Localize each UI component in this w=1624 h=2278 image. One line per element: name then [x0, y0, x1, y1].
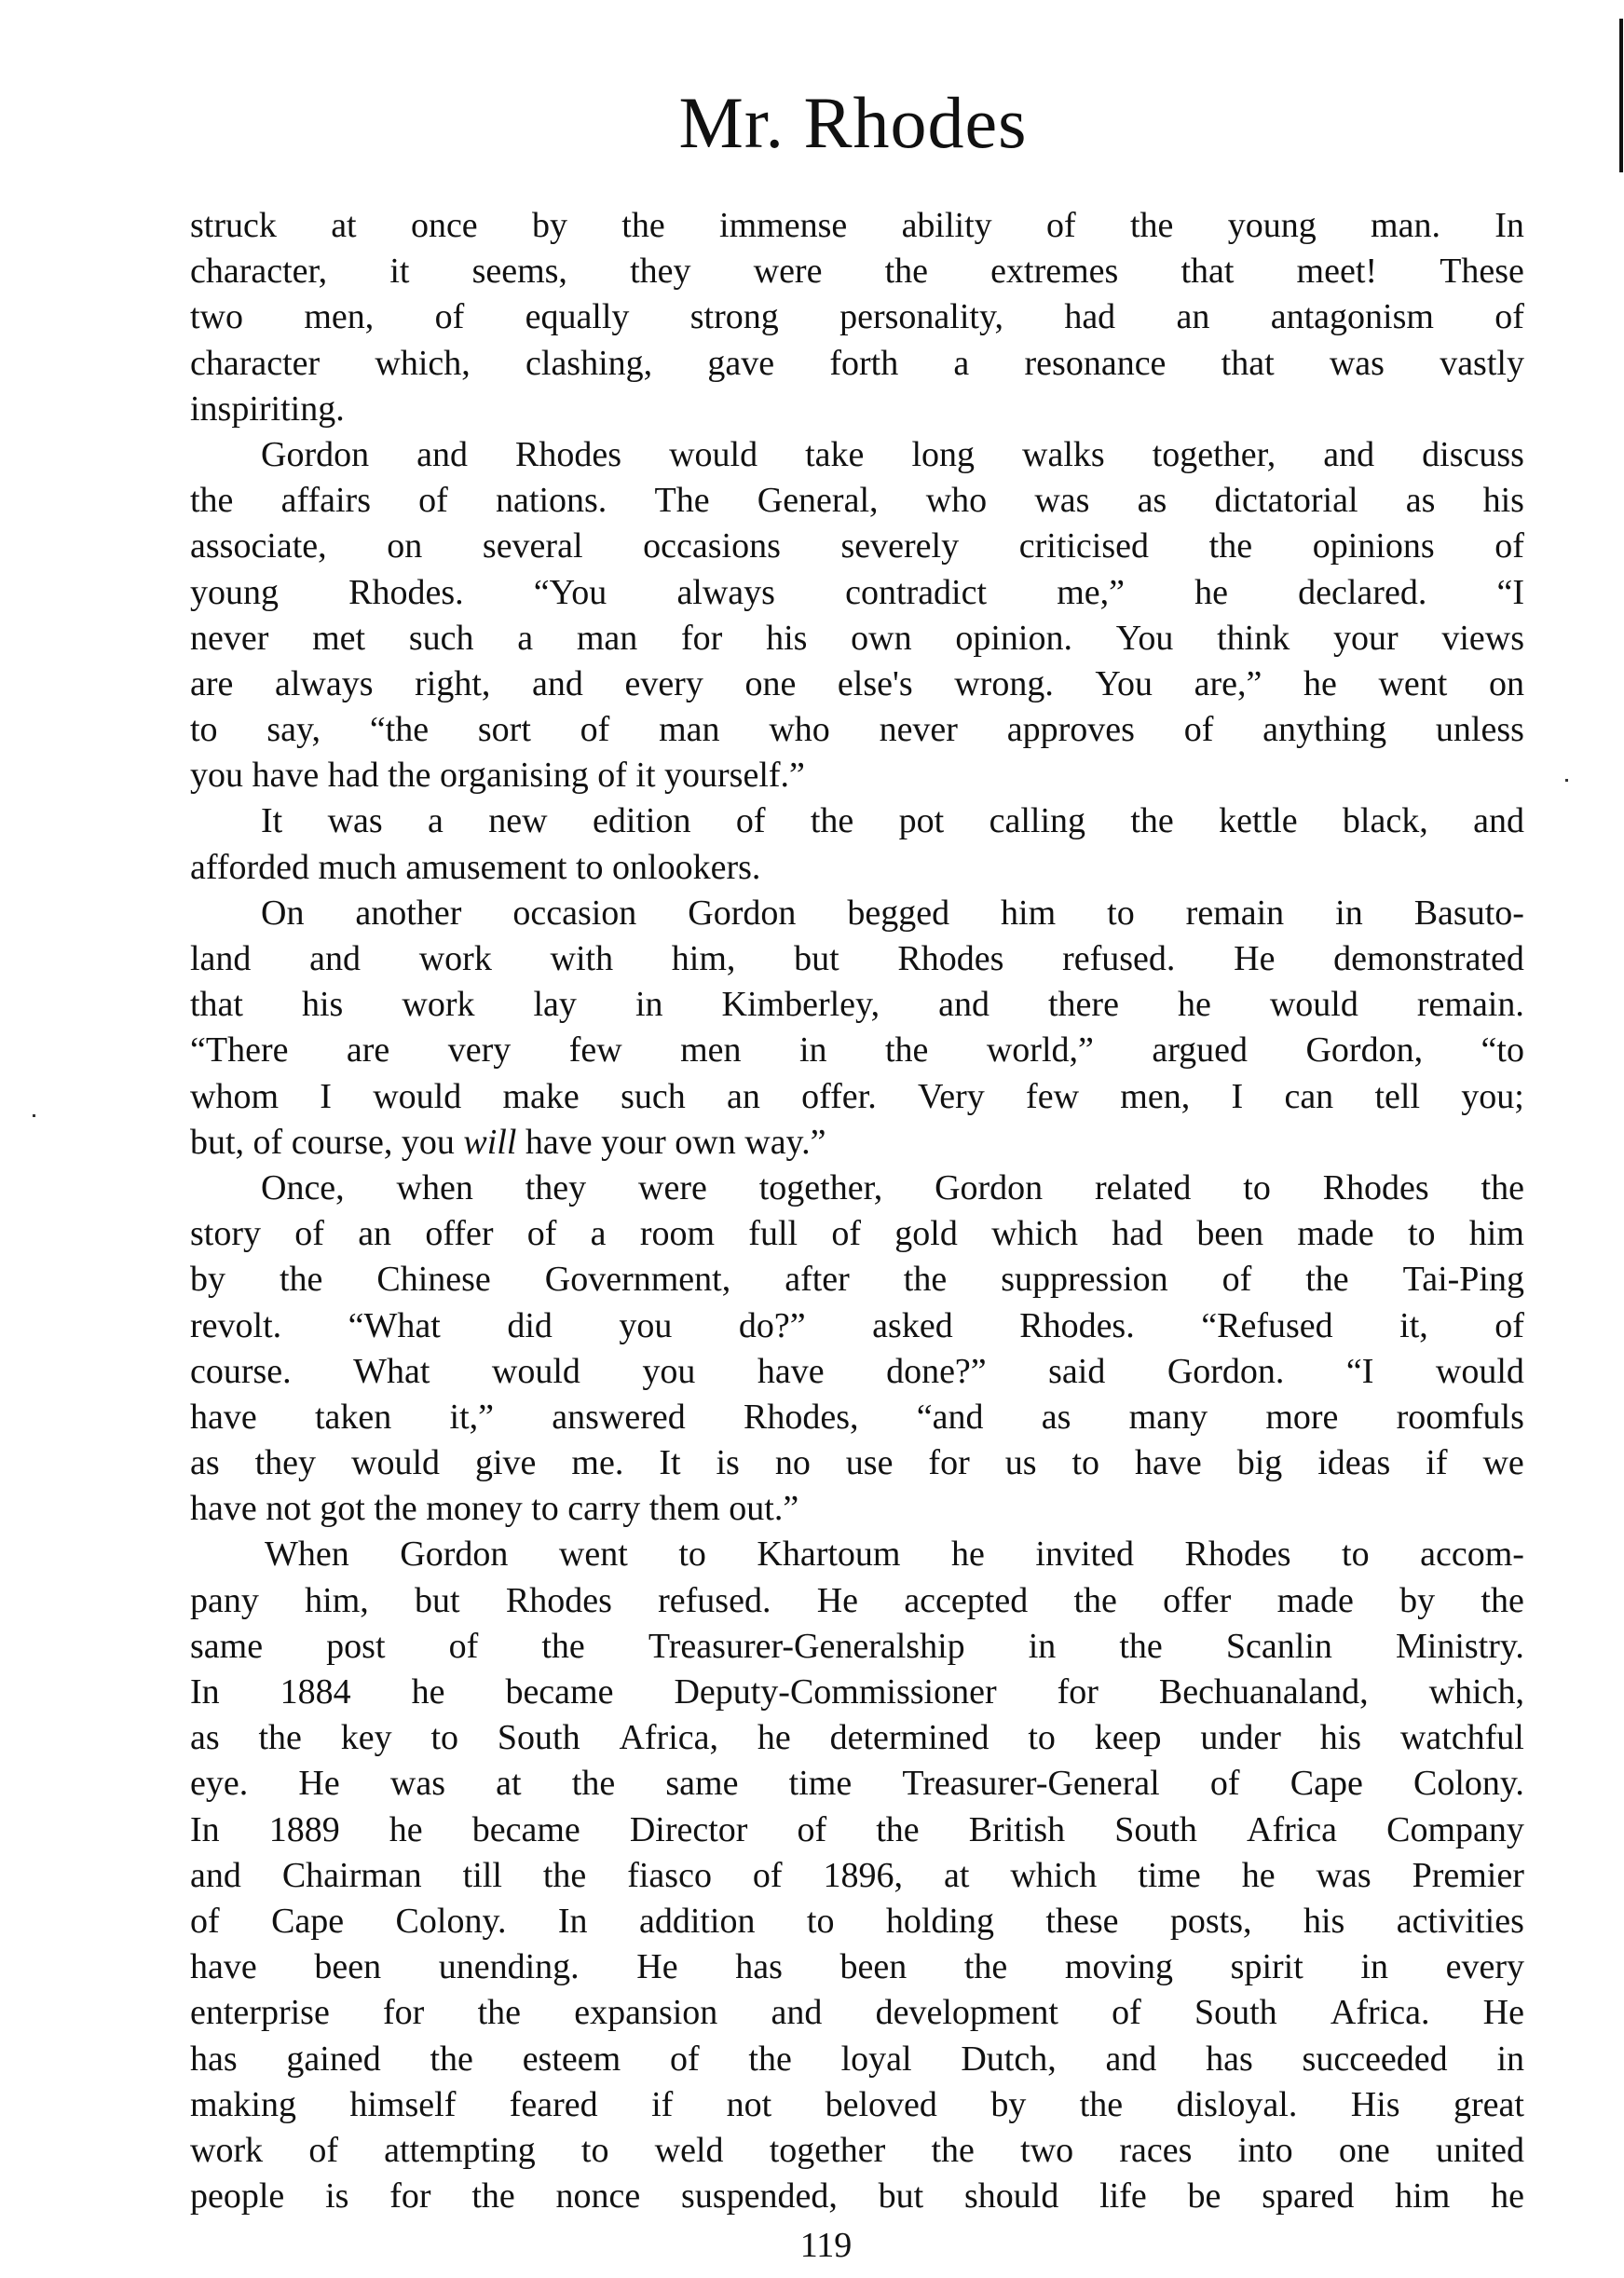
text-line: thathisworklayinKimberley,andtherehewoul… [190, 982, 1524, 1028]
word: revolt. [190, 1303, 281, 1349]
word: occasion [512, 891, 636, 936]
word: who [926, 478, 987, 524]
word: me. [571, 1440, 623, 1486]
word: after [785, 1257, 850, 1303]
word: seems, [472, 249, 567, 294]
word: Khartoum [757, 1532, 900, 1577]
word: to [1243, 1166, 1271, 1211]
word: and [190, 1853, 241, 1899]
word: nations. [496, 478, 607, 524]
word: was [1317, 1853, 1372, 1899]
word: he [1303, 662, 1337, 707]
word: of [753, 1853, 783, 1899]
word: have [757, 1349, 825, 1395]
word: black, [1343, 798, 1428, 844]
word: of [1046, 203, 1076, 249]
word: He [636, 1944, 677, 1990]
word: he [951, 1532, 985, 1577]
text-line: you have had the organising of it yourse… [190, 753, 1524, 798]
word: Rhodes, [744, 1395, 859, 1440]
word: would [373, 1074, 461, 1120]
word: did [507, 1303, 553, 1349]
word: the [885, 249, 928, 294]
word: been [840, 1944, 908, 1990]
word: the [1481, 1166, 1524, 1211]
word: in [1335, 891, 1363, 936]
word: had [1112, 1211, 1163, 1257]
word: “There [190, 1028, 288, 1073]
word: of [418, 478, 448, 524]
word: the [478, 1990, 521, 2036]
word: struck [190, 203, 277, 249]
word: Rhodes [897, 936, 1003, 982]
word: several [483, 524, 583, 569]
word: to [1028, 1715, 1056, 1761]
word: said [1048, 1349, 1105, 1395]
word: “and [917, 1395, 984, 1440]
text-line: astheywouldgiveme.Itisnouseforustohavebi… [190, 1440, 1524, 1486]
word: of [1494, 1303, 1524, 1349]
word: Cape [271, 1899, 344, 1944]
word: opinions [1313, 524, 1435, 569]
word: to [190, 707, 218, 753]
word: the [471, 2174, 514, 2219]
word: be [1188, 2174, 1221, 2219]
word: 1889 [269, 1807, 340, 1853]
word: succeeded [1303, 2037, 1448, 2082]
word: keep [1095, 1715, 1162, 1761]
word: asked [872, 1303, 953, 1349]
word: as [190, 1440, 220, 1486]
word: offer [1163, 1578, 1231, 1624]
word: were [638, 1166, 707, 1211]
word: the [811, 798, 853, 844]
word: use [846, 1440, 894, 1486]
word: his [766, 616, 807, 662]
word: gold [894, 1211, 958, 1257]
text-line: panyhim,butRhodesrefused.Heacceptedtheof… [190, 1578, 1524, 1624]
word: whom [190, 1074, 279, 1120]
word: of [527, 1211, 557, 1257]
word: In [558, 1899, 588, 1944]
word: clashing, [525, 341, 652, 387]
word: an [358, 1211, 391, 1257]
word: contradict [845, 570, 987, 616]
word: disloyal. [1177, 2082, 1298, 2128]
word: enterprise [190, 1990, 330, 2036]
word: the [748, 2037, 791, 2082]
word: these [1045, 1899, 1118, 1944]
word: invited [1035, 1532, 1134, 1577]
word: unless [1436, 707, 1524, 753]
text-line: andChairmantillthefiascoof1896,atwhichti… [190, 1853, 1524, 1899]
text-line: associate,onseveraloccasionsseverelycrit… [190, 524, 1524, 569]
word: it [389, 249, 409, 294]
word: for [928, 1440, 969, 1486]
word: Dutch, [961, 2037, 1056, 2082]
word: Gordon [400, 1532, 508, 1577]
word: weld [655, 2128, 724, 2174]
word: pot [899, 798, 945, 844]
word: time [1138, 1853, 1201, 1899]
word: are,” [1194, 662, 1262, 707]
word: he [757, 1715, 791, 1761]
word: at [496, 1761, 521, 1807]
word: You [1116, 616, 1174, 662]
word: they [630, 249, 690, 294]
text-line: twomen,ofequallystrongpersonality,hadana… [190, 294, 1524, 340]
word: been [1196, 1211, 1263, 1257]
word: key [341, 1715, 392, 1761]
word: his [1483, 478, 1524, 524]
word: of [831, 1211, 861, 1257]
paragraph-start-line: GordonandRhodeswouldtakelongwalkstogethe… [190, 432, 1524, 478]
word: kettle [1219, 798, 1297, 844]
word: “What [348, 1303, 441, 1349]
text-line: eye.HewasatthesametimeTreasurer-Generalo… [190, 1761, 1524, 1807]
word: Tai-Ping [1403, 1257, 1524, 1303]
word: but [879, 2174, 924, 2219]
word: him [1395, 2174, 1450, 2219]
word: became [505, 1670, 613, 1715]
word: him [1469, 1211, 1524, 1257]
word: His [1351, 2082, 1400, 2128]
word: course. [190, 1349, 292, 1395]
word: loyal [841, 2037, 912, 2082]
word: British [969, 1807, 1065, 1853]
word: Basuto- [1414, 891, 1524, 936]
word: suppression [1001, 1257, 1167, 1303]
word: great [1453, 2082, 1524, 2128]
word: as [190, 1715, 220, 1761]
word: of [1222, 1257, 1252, 1303]
word: offer. [801, 1074, 877, 1120]
word: work [402, 982, 474, 1028]
word: the [280, 1257, 322, 1303]
word: Kimberley, [722, 982, 880, 1028]
word: remain. [1417, 982, 1524, 1028]
word: edition [593, 798, 691, 844]
word: offer [425, 1211, 493, 1257]
word: have [190, 1395, 257, 1440]
word: his [1320, 1715, 1361, 1761]
text-line: workofattemptingtoweldtogetherthetworace… [190, 2128, 1524, 2174]
word: wrong. [954, 662, 1054, 707]
word: the [621, 203, 664, 249]
word: of [736, 798, 766, 844]
word: He [1234, 936, 1275, 982]
word: These [1440, 249, 1524, 294]
word: give [475, 1440, 536, 1486]
word: “to [1481, 1028, 1524, 1073]
word: has [190, 2037, 238, 2082]
word: Rhodes [506, 1578, 612, 1624]
margin-speck [33, 1114, 35, 1117]
text-line: course.Whatwouldyouhavedone?”saidGordon.… [190, 1349, 1524, 1395]
word: young [1228, 203, 1317, 249]
word: every [1446, 1944, 1524, 1990]
word: the [876, 1807, 919, 1853]
word: big [1237, 1440, 1283, 1486]
text-line: characterwhich,clashing,gavefortharesona… [190, 341, 1524, 387]
word: would [1436, 1349, 1524, 1395]
word: that [1180, 249, 1234, 294]
word: never [190, 616, 268, 662]
book-page: Mr. Rhodes struckatoncebytheimmenseabili… [0, 0, 1624, 2278]
word: people [190, 2174, 284, 2219]
word: eye. [190, 1761, 248, 1807]
word: by [532, 203, 567, 249]
word: declared. [1298, 570, 1426, 616]
word: forth [829, 341, 898, 387]
word: with [551, 936, 614, 982]
word: the [904, 1257, 947, 1303]
word: few [1026, 1074, 1079, 1120]
word: has [735, 1944, 783, 1990]
word: on [1489, 662, 1524, 707]
word: a [591, 1211, 607, 1257]
word: and [1323, 432, 1374, 478]
word: It [659, 1440, 680, 1486]
word: had [1064, 294, 1115, 340]
running-header: Mr. Rhodes [0, 86, 1624, 160]
word: lay [534, 982, 577, 1028]
word: the [259, 1715, 302, 1761]
text-line: theaffairsofnations.TheGeneral,whowasasd… [190, 478, 1524, 524]
word: strong [690, 294, 779, 340]
word: us [1005, 1440, 1037, 1486]
word: the [572, 1761, 615, 1807]
word: to [1071, 1440, 1099, 1486]
word: “Refused [1201, 1303, 1332, 1349]
word: You [1095, 662, 1153, 707]
word: What [353, 1349, 430, 1395]
word: races [1119, 2128, 1192, 2174]
word: post [326, 1624, 385, 1670]
text-line: whomIwouldmakesuchanoffer.Veryfewmen,Ica… [190, 1074, 1524, 1120]
word: story [190, 1211, 261, 1257]
word: of [1494, 294, 1524, 340]
word: gained [286, 2037, 380, 2082]
word: the [1130, 798, 1173, 844]
word: at [331, 203, 356, 249]
word: time [789, 1761, 853, 1807]
word: walks [1022, 432, 1105, 478]
word: of [670, 2037, 700, 2082]
word: long [911, 432, 975, 478]
word: demonstrated [1333, 936, 1524, 982]
word: Rhodes. [1019, 1303, 1135, 1349]
word: Chinese [376, 1257, 490, 1303]
word: man. [1371, 203, 1440, 249]
word: can [1284, 1074, 1333, 1120]
word: do?” [739, 1303, 806, 1349]
word: occasions [643, 524, 781, 569]
word: under [1200, 1715, 1281, 1761]
text-line: landandworkwithhim,butRhodesrefused.Hede… [190, 936, 1524, 982]
word: together [770, 2128, 886, 2174]
word: we [1482, 1440, 1523, 1486]
word: he [1194, 570, 1228, 616]
word: together, [1153, 432, 1276, 478]
text-line: arealwaysright,andeveryoneelse'swrong.Yo… [190, 662, 1524, 707]
word: moving [1065, 1944, 1173, 1990]
word: resonance [1025, 341, 1167, 387]
word: of [1184, 707, 1214, 753]
word: immense [719, 203, 847, 249]
word: it, [1399, 1303, 1428, 1349]
word: the [1481, 1578, 1523, 1624]
word: of [190, 1899, 220, 1944]
word: once [411, 203, 478, 249]
word: “the [370, 707, 429, 753]
word: Rhodes [1323, 1166, 1429, 1211]
word: same [665, 1761, 738, 1807]
word: many [1129, 1395, 1208, 1440]
word: meet! [1297, 249, 1378, 294]
paragraph-start-line: Once,whentheyweretogether,Gordonrelatedt… [190, 1166, 1524, 1211]
word: “I [1346, 1349, 1374, 1395]
word: fiasco [627, 1853, 712, 1899]
word: Colony. [1413, 1761, 1524, 1807]
word: in [1496, 2037, 1524, 2082]
word: it,” [450, 1395, 494, 1440]
word: if [1426, 1440, 1447, 1486]
word: and [416, 432, 468, 478]
word: into [1238, 2128, 1293, 2174]
text-line: asthekeytoSouthAfrica,hedeterminedtokeep… [190, 1715, 1524, 1761]
word: ability [902, 203, 992, 249]
text-line: havetakenit,”answeredRhodes,“andasmanymo… [190, 1395, 1524, 1440]
word: to [807, 1899, 835, 1944]
word: right, [415, 662, 490, 707]
word: which, [375, 341, 470, 387]
word: development [876, 1990, 1058, 2036]
word: room [640, 1211, 715, 1257]
word: feared [510, 2082, 598, 2128]
word: men, [1120, 1074, 1190, 1120]
word: spared [1262, 2174, 1354, 2219]
word: think [1217, 616, 1290, 662]
word: of [1494, 524, 1524, 569]
word: would [351, 1440, 440, 1486]
word: refused. [1062, 936, 1175, 982]
word: In [190, 1807, 220, 1853]
word: but [794, 936, 839, 982]
word: would [492, 1349, 580, 1395]
word: Treasurer-General [902, 1761, 1159, 1807]
word: Bechuanaland, [1159, 1670, 1369, 1715]
text-line: “Thereareveryfewmenintheworld,”arguedGor… [190, 1028, 1524, 1073]
word: of [1112, 1990, 1141, 2036]
word: Colony. [396, 1899, 507, 1944]
word: himself [349, 2082, 456, 2128]
word: went [1378, 662, 1447, 707]
word: new [488, 798, 547, 844]
text-line: makinghimselffearedifnotbelovedbythedisl… [190, 2082, 1524, 2128]
word: work [419, 936, 492, 982]
word: by [990, 2082, 1026, 2128]
word: very [448, 1028, 512, 1073]
word: same [190, 1624, 263, 1670]
word: Gordon, [1305, 1028, 1423, 1073]
word: for [1058, 1670, 1099, 1715]
word: South [498, 1715, 580, 1761]
word: posts, [1170, 1899, 1252, 1944]
word: He [298, 1761, 339, 1807]
word: Treasurer-Generalship [648, 1624, 965, 1670]
word: remain [1186, 891, 1285, 936]
word: I [320, 1074, 332, 1120]
text-line: struckatoncebytheimmenseabilityoftheyoun… [190, 203, 1524, 249]
word: him, [672, 936, 736, 982]
word: they [255, 1440, 316, 1486]
word: Director [630, 1807, 748, 1853]
word: he [1491, 2174, 1524, 2219]
word: another [355, 891, 461, 936]
word: two [1020, 2128, 1073, 2174]
word: spirit [1231, 1944, 1303, 1990]
word: he [1178, 982, 1211, 1028]
word: by [190, 1257, 225, 1303]
text-line: nevermetsuchamanforhisownopinion.Youthin… [190, 616, 1524, 662]
word: Africa. [1331, 1990, 1430, 2036]
word: of [308, 2128, 338, 2174]
word: dictatorial [1214, 478, 1358, 524]
word: approves [1007, 707, 1135, 753]
word: Premier [1412, 1853, 1524, 1899]
word: that [190, 982, 243, 1028]
word: is [325, 2174, 348, 2219]
word: me,” [1057, 570, 1125, 616]
word: was [1034, 478, 1089, 524]
margin-speck [1565, 779, 1568, 782]
word: every [624, 662, 703, 707]
word: never [880, 707, 958, 753]
word: the [964, 1944, 1007, 1990]
text-line: ofCapeColony.Inadditiontoholdingthesepos… [190, 1899, 1524, 1944]
word: He [817, 1578, 858, 1624]
word: Chairman [282, 1853, 422, 1899]
word: to [1342, 1532, 1370, 1577]
word: full [748, 1211, 798, 1257]
word: which [1010, 1853, 1097, 1899]
word: Government, [545, 1257, 730, 1303]
word: him, [305, 1578, 369, 1624]
word: at [944, 1853, 969, 1899]
word: views [1441, 616, 1524, 662]
word: beloved [826, 2082, 937, 2128]
word: the [430, 2037, 472, 2082]
word: to [431, 1715, 459, 1761]
word: expansion [574, 1990, 717, 2036]
word: to [1107, 891, 1135, 936]
word: calling [989, 798, 1085, 844]
word: was [390, 1761, 445, 1807]
word: pany [190, 1578, 259, 1624]
word: they [525, 1166, 586, 1211]
word: ideas [1317, 1440, 1390, 1486]
text-line: character,itseems,theyweretheextremestha… [190, 249, 1524, 294]
word: activities [1397, 1899, 1524, 1944]
word: suspended, [681, 2174, 838, 2219]
word: such [409, 616, 474, 662]
word: made [1277, 1578, 1354, 1624]
word: in [635, 982, 663, 1028]
word: has [1206, 2037, 1253, 2082]
word: of [580, 707, 610, 753]
word: he [389, 1807, 423, 1853]
